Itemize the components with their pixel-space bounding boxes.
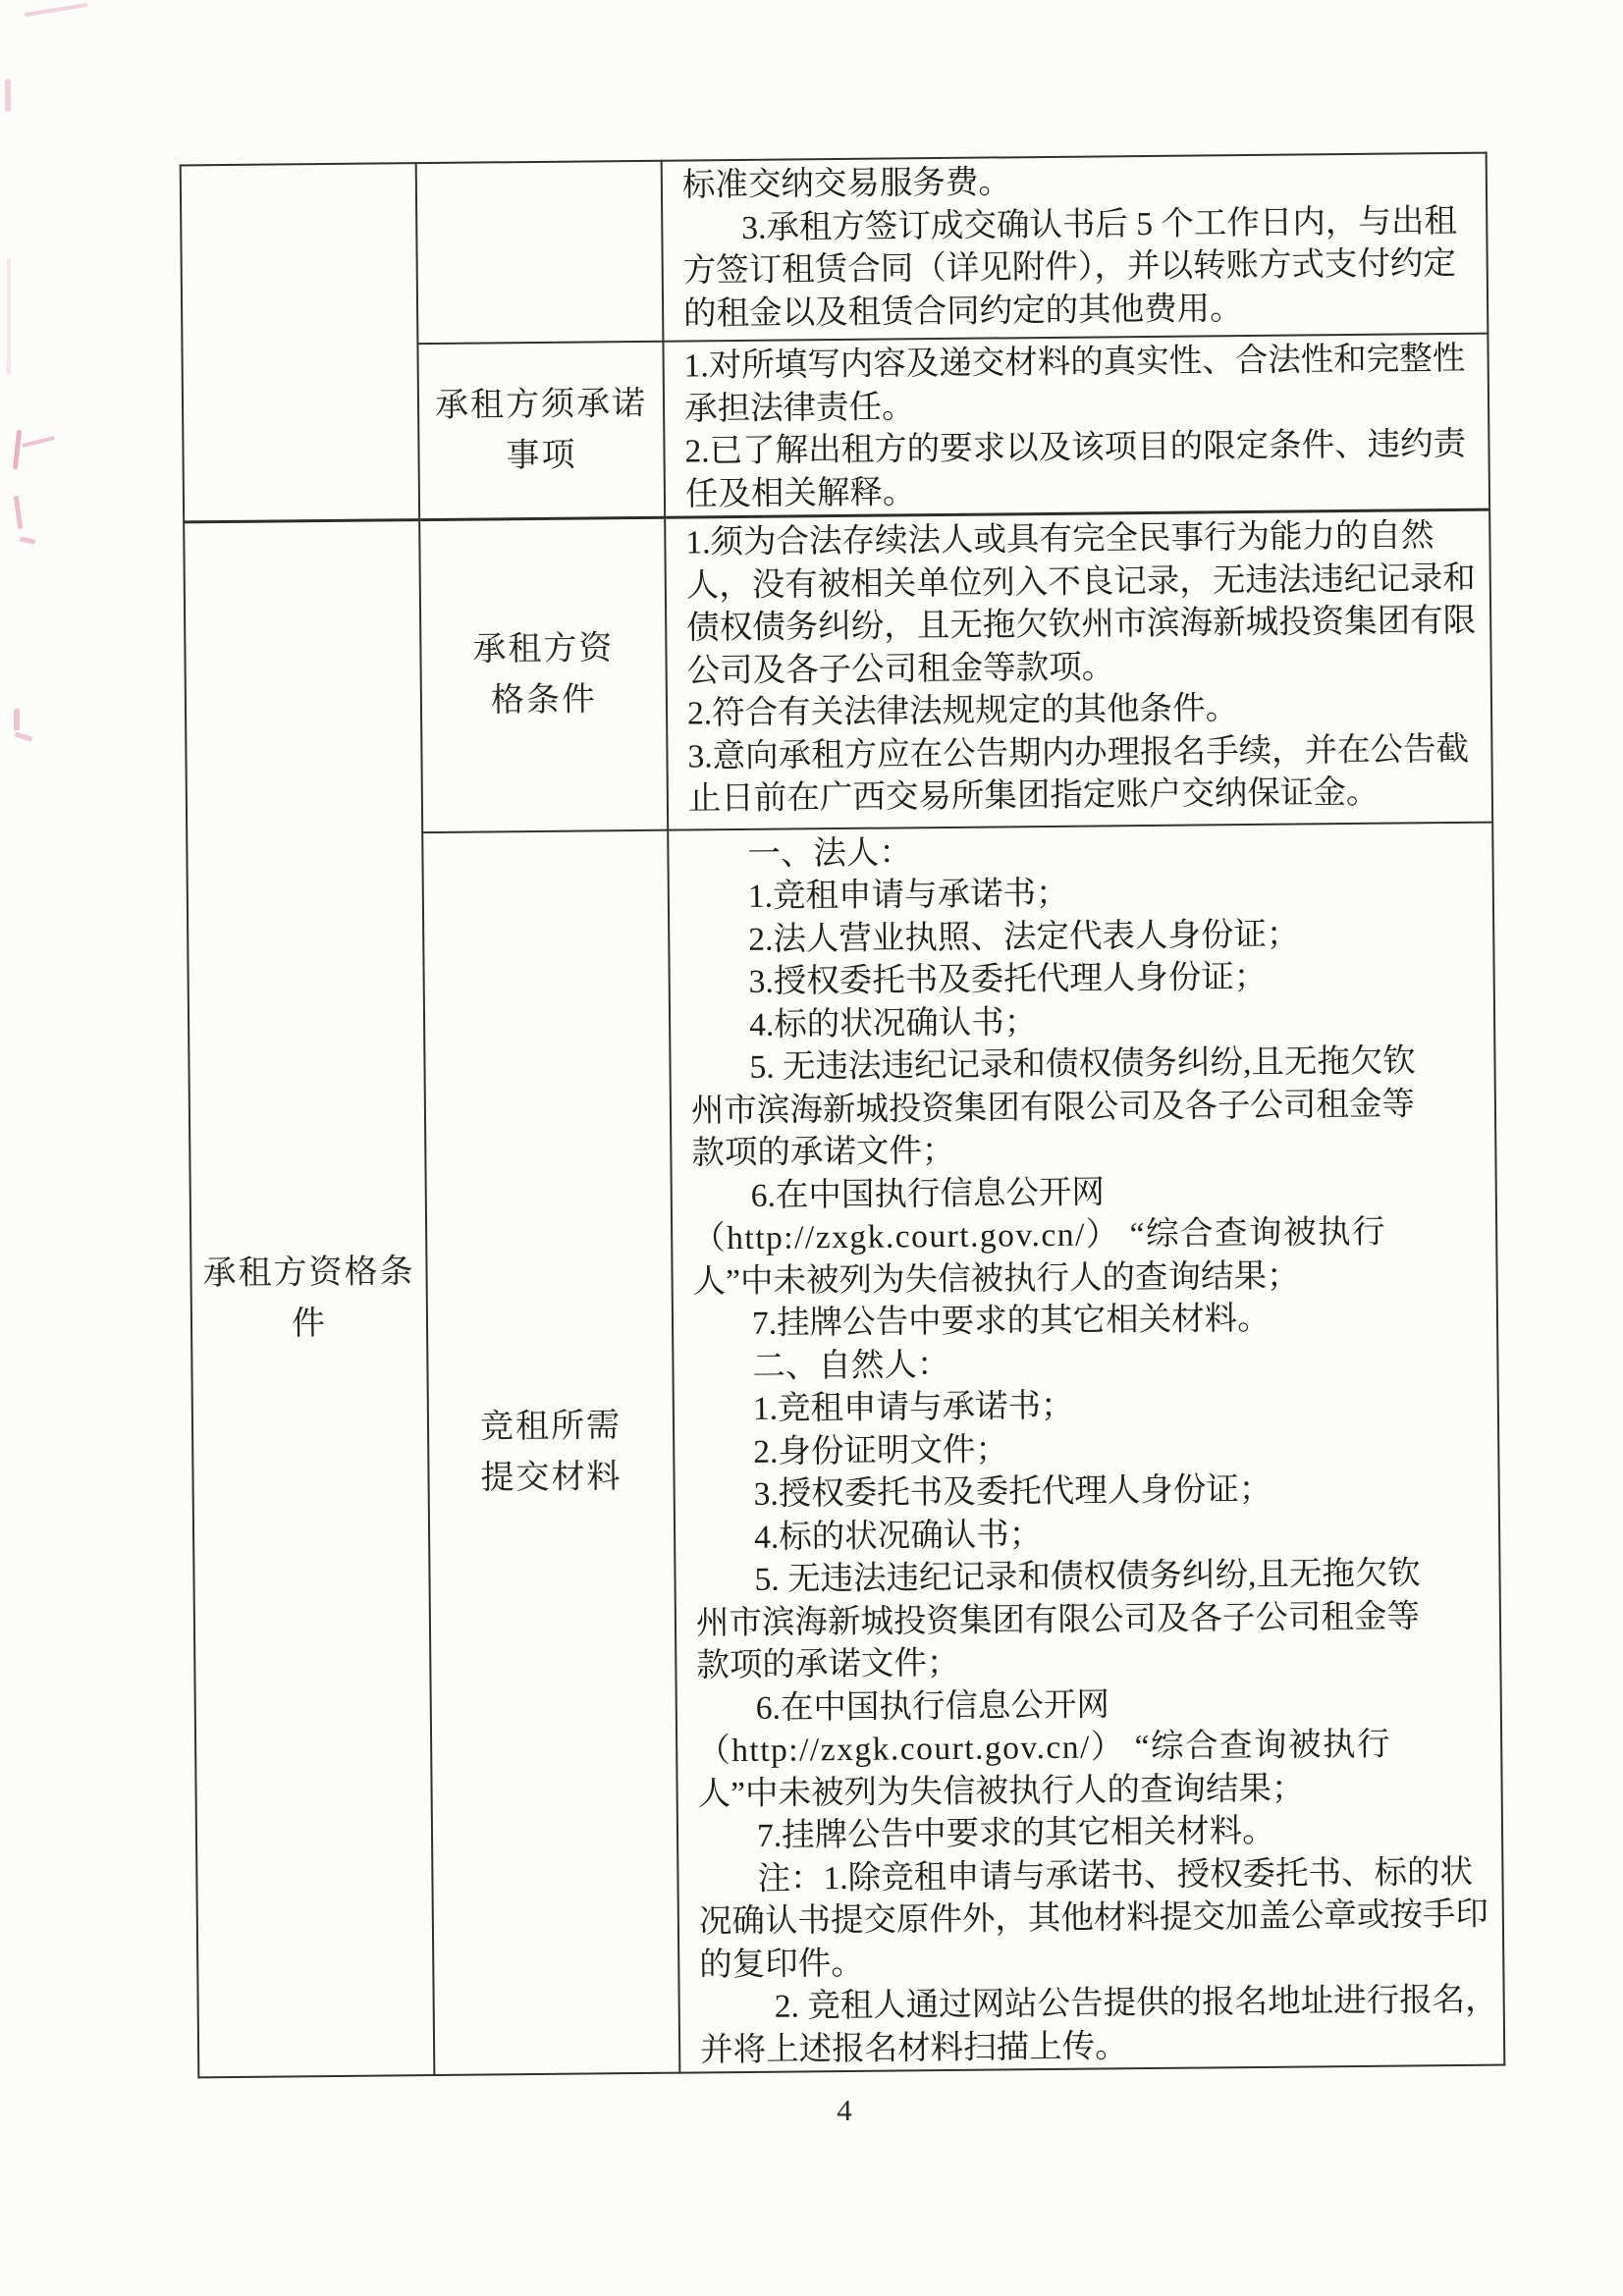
cell-text: 1.对所填写内容及递交材料的真实性、合法性和完整性承担法律责任。2.已了解出租方… [664,338,1485,516]
row-header-cell-materials: 竞租所需提交材料 [422,829,679,2075]
cell-text [184,342,415,344]
requirements-table: 标准交纳交易服务费。3.承租方签订成交确认书后 5 个工作日内，与出租方签订租赁… [180,152,1506,2079]
left-merged-cell-empty [181,163,419,522]
text-line: 承租方资 [422,622,664,675]
text-line: 5. 无违法违纪记录和债权债务纠纷,且无拖欠钦 [676,1552,1494,1603]
row-content-cell-qualification: 1.须为合法存续法人或具有完全民事行为能力的自然人，没有被相关单位列入不良记录，… [665,509,1492,829]
text-line: 州市滨海新城投资集团有限公司及各子公司租金等 [672,1082,1490,1133]
scan-artifact [7,259,11,375]
left-merged-cell-qualification: 承租方资格条件 [184,520,434,2078]
document-page: 标准交纳交易服务费。3.承租方签订成交确认书后 5 个工作日内，与出租方签订租赁… [0,0,1623,2296]
text-line: 止日前在广西交易所集团指定账户交纳保证金。 [669,771,1488,822]
text-line: 2. 竞租人通过网站公告提供的报名地址进行报名， [680,1979,1499,2030]
text-line: 竞租所需 [430,1400,672,1453]
cell-text: 承租方须承诺事项 [420,378,663,482]
cell-text: 一、法人：1.竞租申请与承诺书；2.法人营业执照、法定代表人身份证；3.授权委托… [669,826,1499,2071]
text-line: 承租方资格条 [192,1247,424,1300]
text-line: 况确认书提交原件外，其他材料提交加盖公章或按手印 [679,1894,1498,1945]
scan-artifact [14,709,20,730]
text-line: （http://zxgk.court.gov.cn/） “综合查询被执行 [673,1210,1491,1261]
text-line: 件 [193,1298,425,1351]
text-line: 1.须为合法存续法人或具有完全民事行为能力的自然 [666,514,1485,565]
text-line: 债权债务纠纷，且无拖欠钦州市滨海新城投资集团有限 [667,600,1486,651]
text-line: 任及相关解释。 [666,465,1485,516]
row-content-cell-trade-procedure: 标准交纳交易服务费。3.承租方签订成交确认书后 5 个工作日内，与出租方签订租赁… [662,153,1488,342]
text-line: 1.对所填写内容及递交材料的真实性、合法性和完整性 [664,338,1483,389]
row-header-cell-commitments: 承租方须承诺事项 [417,342,665,520]
table-row: 标准交纳交易服务费。3.承租方签订成交确认书后 5 个工作日内，与出租方签订租赁… [181,153,1488,347]
cell-text: 1.须为合法存续法人或具有完全民事行为能力的自然人，没有被相关单位列入不良记录，… [666,514,1488,821]
text-line: （http://zxgk.court.gov.cn/） “综合查询被执行 [677,1723,1496,1774]
text-line: 2.已了解出租方的要求以及该项目的限定条件、违约责 [665,423,1484,474]
scan-artifact [22,436,55,448]
text-line: 州市滨海新城投资集团有限公司及各子公司租金等 [676,1594,1495,1645]
row-content-cell-commitments: 1.对所填写内容及递交材料的真实性、合法性和完整性承担法律责任。2.已了解出租方… [663,334,1489,518]
cell-text [419,251,661,253]
text-line: 格条件 [423,673,665,726]
row-content-cell-materials: 一、法人：1.竞租申请与承诺书；2.法人营业执照、法定代表人身份证；3.授权委托… [668,822,1504,2073]
text-line: 并将上述报名材料扫描上传。 [680,2021,1499,2072]
table-row: 承租方资格条件 承租方资格条件 1.须为合法存续法人或具有完全民事行为能力的自然… [184,509,1492,834]
text-line: 的租金以及租赁合同约定的其他费用。 [664,285,1483,336]
scan-artifact [20,536,36,544]
cell-text: 承租方资格条件 [422,622,665,726]
row-header-cell-empty [416,161,664,344]
text-line: 方签订租赁合同（详见附件），并以转账方式支付约定 [664,242,1483,294]
cell-text: 竞租所需提交材料 [430,1400,673,1504]
text-line: 承租方须承诺 [420,378,662,431]
cell-text: 承租方资格条件 [192,1247,425,1351]
scan-artifact [14,496,24,529]
row-header-cell-qualification: 承租方资格条件 [419,517,668,831]
scan-artifact [24,3,88,17]
scan-artifact [13,430,22,469]
text-line: 5. 无违法违纪记录和债权债务纠纷,且无拖欠钦 [671,1040,1489,1091]
text-line: 提交材料 [430,1451,672,1504]
text-line: 事项 [420,429,662,482]
scan-artifact [5,79,11,112]
scan-artifact [15,731,33,741]
cell-text: 标准交纳交易服务费。3.承租方签订成交确认书后 5 个工作日内，与出租方签订租赁… [663,157,1484,336]
page-number: 4 [0,2093,1623,2128]
